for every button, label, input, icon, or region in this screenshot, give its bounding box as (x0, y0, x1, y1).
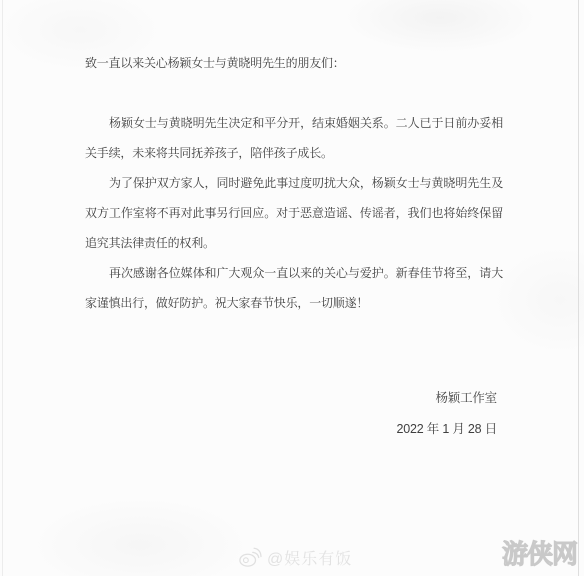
announcement-letter: 致一直以来关心杨颖女士与黄晓明先生的朋友们： 杨颖女士与黄晓明先生决定和平分开，… (0, 0, 584, 576)
weibo-logo-icon (238, 546, 262, 568)
letter-paragraph-3: 再次感谢各位媒体和广大观众一直以来的关心与爱护。新春佳节将至，请大家谨慎出行，做… (85, 258, 503, 318)
site-logo-watermark: 游侠网 (502, 534, 577, 571)
letter-date: 2022 年 1 月 28 日 (85, 414, 503, 444)
letter-signature: 杨颖工作室 (85, 383, 503, 413)
weibo-watermark: @娱乐有饭 (238, 545, 352, 569)
letter-paragraph-1: 杨颖女士与黄晓明先生决定和平分开，结束婚姻关系。二人已于日前办妥相关手续，未来将… (85, 108, 503, 168)
letter-greeting: 致一直以来关心杨颖女士与黄晓明先生的朋友们： (85, 48, 503, 78)
letter-screenshot: { "letter": { "greeting": "致一直以来关心杨颖女士与黄… (0, 0, 584, 576)
letter-paragraph-2: 为了保护双方家人，同时避免此事过度叨扰大众，杨颖女士与黄晓明先生及双方工作室将不… (85, 168, 503, 258)
weibo-handle: @娱乐有饭 (267, 546, 352, 569)
